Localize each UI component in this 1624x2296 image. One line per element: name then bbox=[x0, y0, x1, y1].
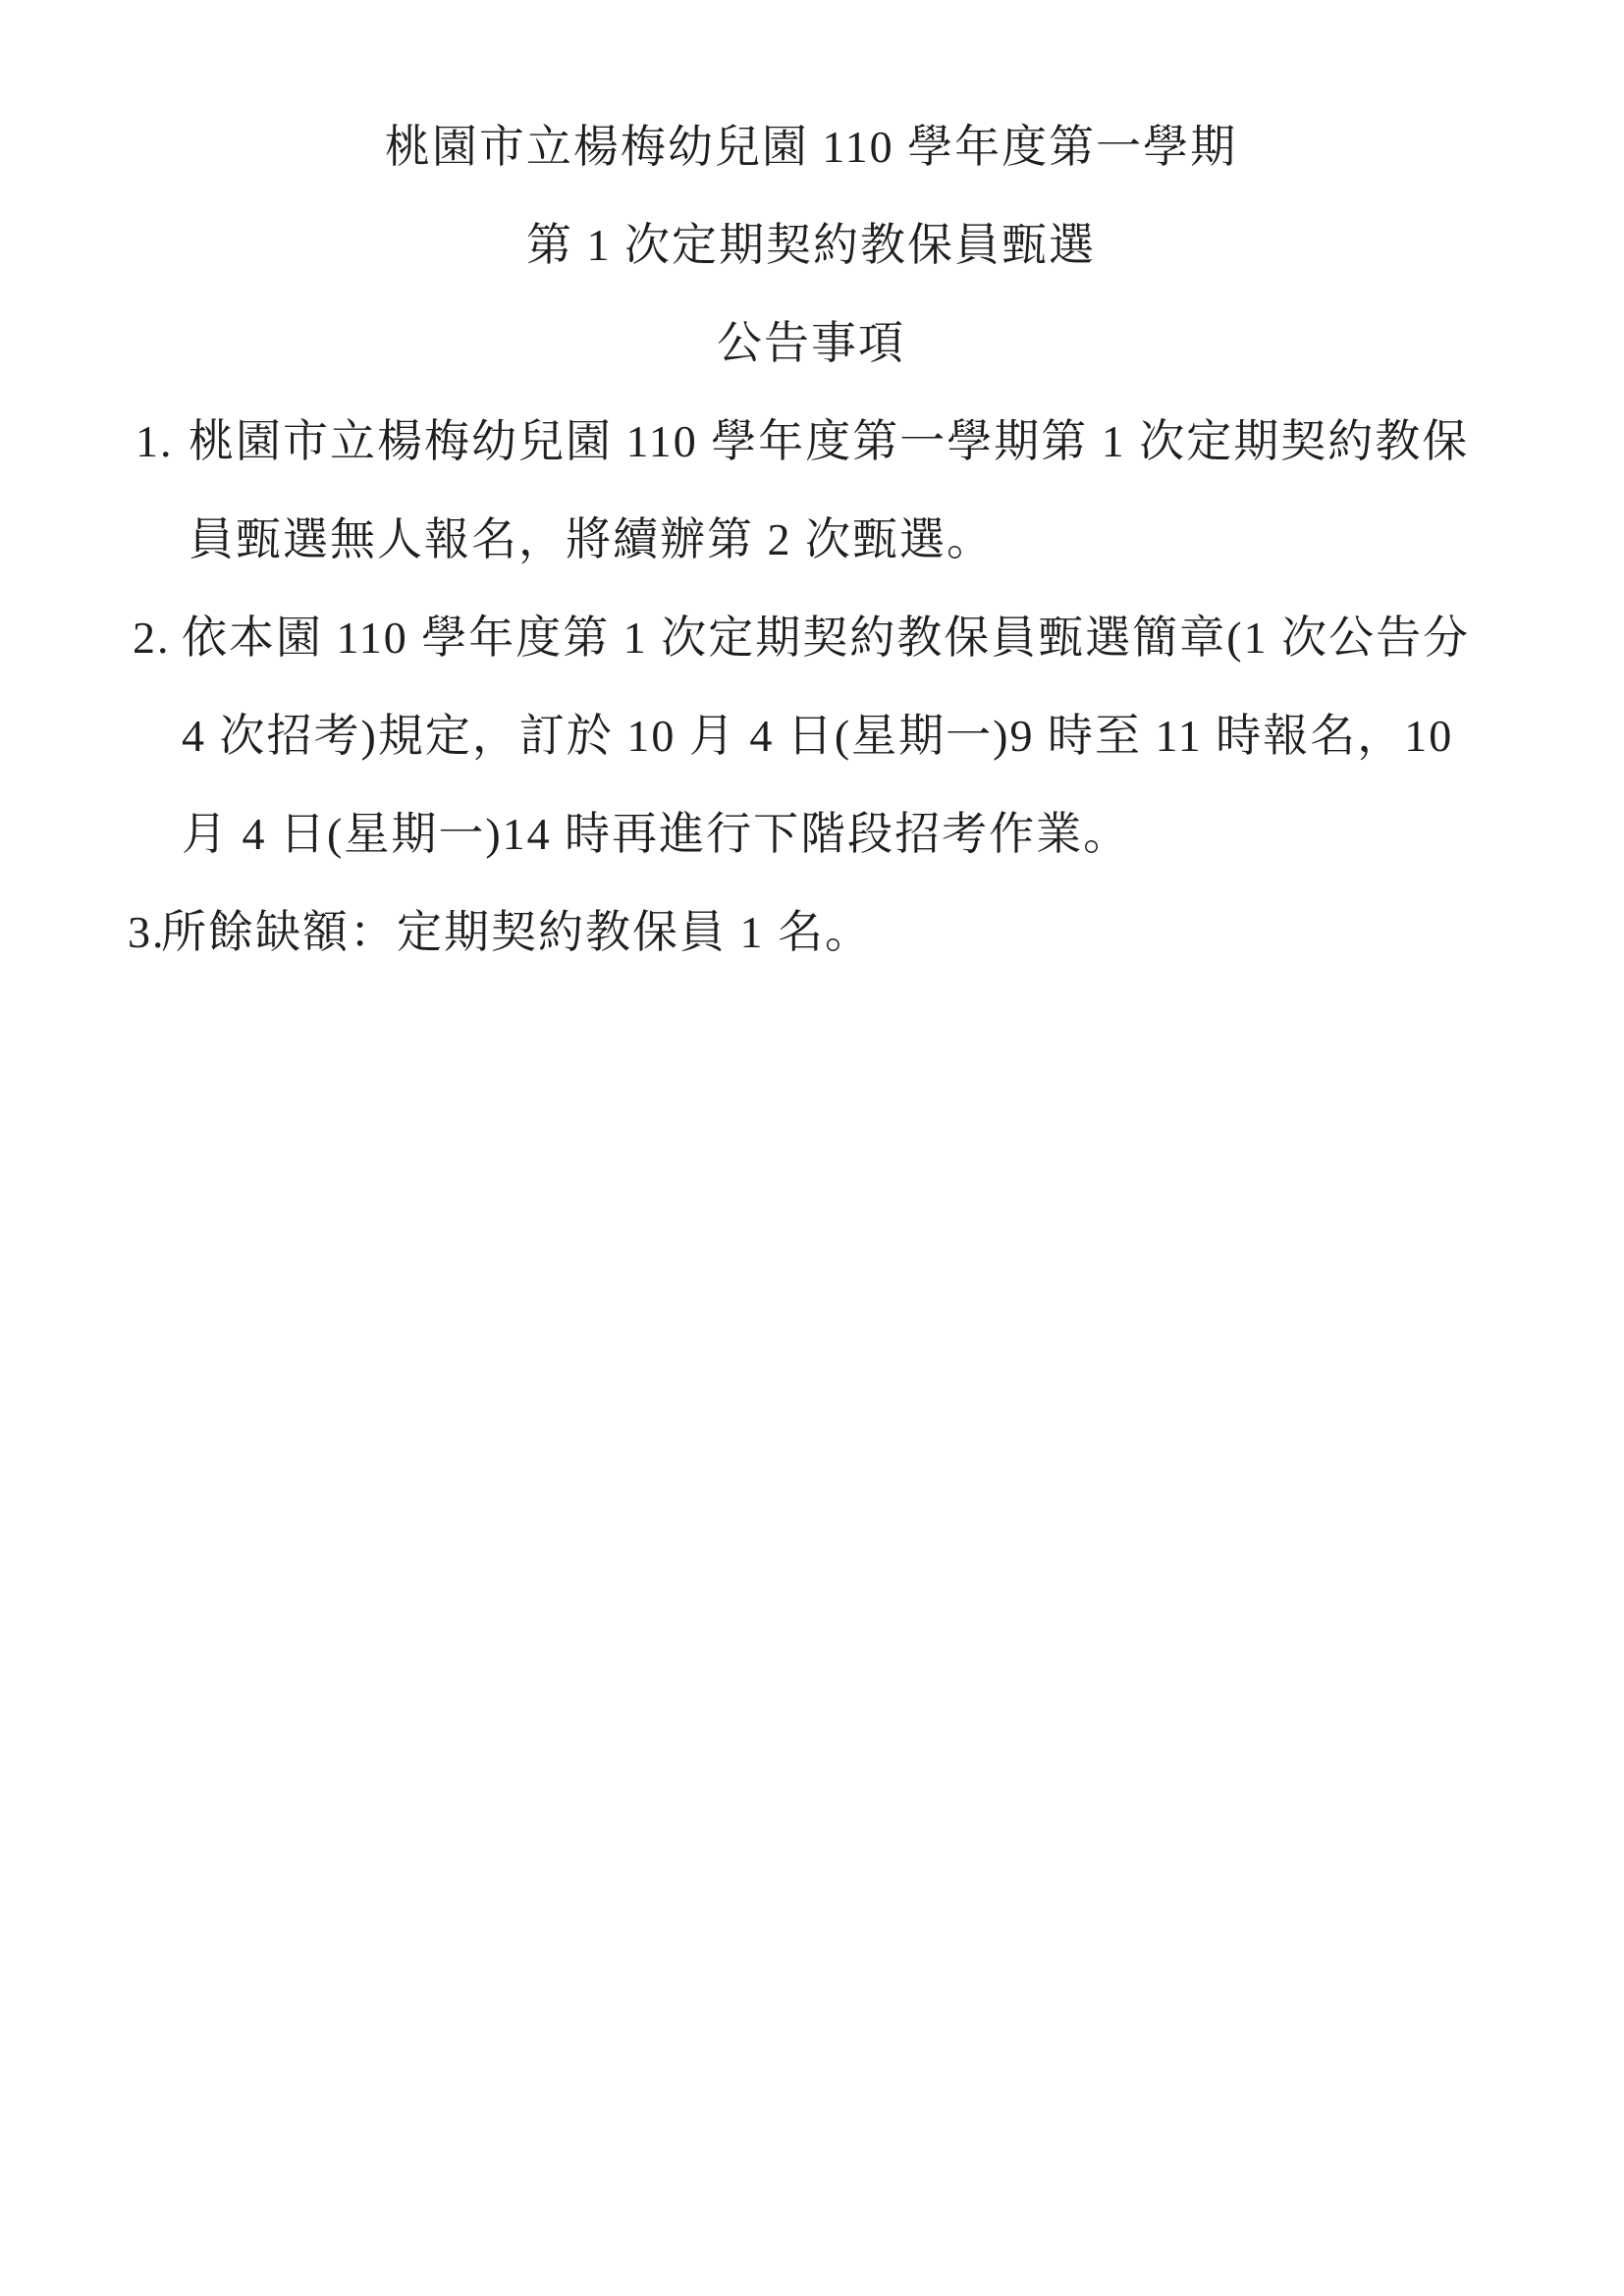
list-item: 3. 所餘缺額：定期契約教保員 1 名。 bbox=[128, 883, 1494, 982]
item-text: 所餘缺額：定期契約教保員 1 名。 bbox=[128, 883, 1494, 982]
item-text: 依本園 110 學年度第 1 次定期契約教保員甄選簡章(1 次公告分 4 次招考… bbox=[128, 589, 1494, 883]
announcement-list: 1. 桃園市立楊梅幼兒園 110 學年度第一學期第 1 次定期契約教保員甄選無人… bbox=[128, 393, 1494, 982]
item-number: 1. bbox=[135, 393, 174, 491]
document-title-line2: 第 1 次定期契約教保員甄選 bbox=[128, 196, 1494, 294]
list-item: 2. 依本園 110 學年度第 1 次定期契約教保員甄選簡章(1 次公告分 4 … bbox=[128, 589, 1494, 883]
item-number: 2. bbox=[133, 589, 171, 687]
document-content: 桃園市立楊梅幼兒園 110 學年度第一學期 第 1 次定期契約教保員甄選 公告事… bbox=[128, 98, 1494, 982]
section-heading: 公告事項 bbox=[128, 294, 1494, 393]
list-item: 1. 桃園市立楊梅幼兒園 110 學年度第一學期第 1 次定期契約教保員甄選無人… bbox=[128, 393, 1494, 589]
item-text: 桃園市立楊梅幼兒園 110 學年度第一學期第 1 次定期契約教保員甄選無人報名，… bbox=[128, 393, 1494, 589]
document-title-line1: 桃園市立楊梅幼兒園 110 學年度第一學期 bbox=[128, 98, 1494, 196]
document-page: 桃園市立楊梅幼兒園 110 學年度第一學期 第 1 次定期契約教保員甄選 公告事… bbox=[0, 0, 1624, 2296]
item-number: 3. bbox=[128, 883, 166, 982]
